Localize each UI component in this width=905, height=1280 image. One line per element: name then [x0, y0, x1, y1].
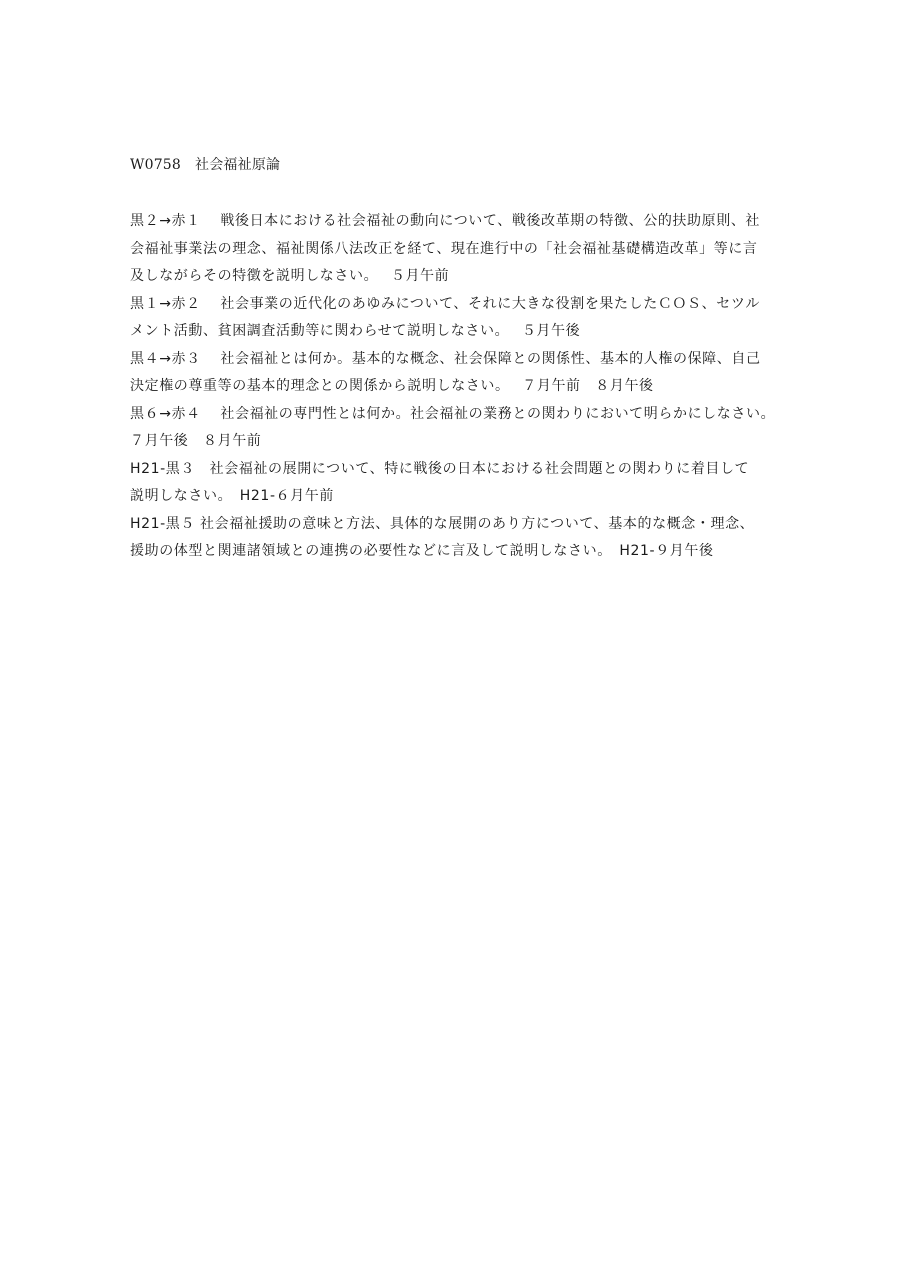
document-title: W0758社会福祉原論 [130, 156, 280, 174]
question-line: 黒２→赤１ 戦後日本における社会福祉の動向について、戦後改革期の特徴、公的扶助原… [130, 208, 790, 236]
question-line: 黒６→赤４ 社会福祉の専門性とは何か。社会福祉の業務との関わりにおいて明らかにし… [130, 401, 790, 429]
course-title: 社会福祉原論 [195, 157, 280, 173]
question-line: 説明しなさい。 H21-６月午前 [130, 483, 790, 511]
question-line: 会福祉事業法の理念、福祉関係八法改正を経て、現在進行中の「社会福祉基礎構造改革」… [130, 236, 790, 264]
document-page: W0758社会福祉原論 黒２→赤１ 戦後日本における社会福祉の動向について、戦後… [0, 0, 905, 1280]
question-line: 黒４→赤３ 社会福祉とは何か。基本的な概念、社会保障との関係性、基本的人権の保障… [130, 346, 790, 374]
question-line: 及しながらその特徴を説明しなさい。 ５月午前 [130, 263, 790, 291]
question-line: H21-黒５ 社会福祉援助の意味と方法、具体的な展開のあり方について、基本的な概… [130, 511, 790, 539]
question-item: 黒１→赤２ 社会事業の近代化のあゆみについて、それに大きな役割を果たしたＣＯＳ、… [130, 291, 790, 346]
question-list: 黒２→赤１ 戦後日本における社会福祉の動向について、戦後改革期の特徴、公的扶助原… [130, 208, 790, 566]
question-line: 黒１→赤２ 社会事業の近代化のあゆみについて、それに大きな役割を果たしたＣＯＳ、… [130, 291, 790, 319]
question-item: 黒４→赤３ 社会福祉とは何か。基本的な概念、社会保障との関係性、基本的人権の保障… [130, 346, 790, 401]
question-item: H21-黒５ 社会福祉援助の意味と方法、具体的な展開のあり方について、基本的な概… [130, 511, 790, 566]
question-line: メント活動、貧困調査活動等に関わらせて説明しなさい。 ５月午後 [130, 318, 790, 346]
question-line: ７月午後 ８月午前 [130, 428, 790, 456]
question-line: H21-黒３ 社会福祉の展開について、特に戦後の日本における社会問題との関わりに… [130, 456, 790, 484]
question-line: 決定権の尊重等の基本的理念との関係から説明しなさい。 ７月午前 ８月午後 [130, 373, 790, 401]
course-code: W0758 [130, 157, 181, 173]
question-item: H21-黒３ 社会福祉の展開について、特に戦後の日本における社会問題との関わりに… [130, 456, 790, 511]
question-item: 黒６→赤４ 社会福祉の専門性とは何か。社会福祉の業務との関わりにおいて明らかにし… [130, 401, 790, 456]
question-line: 援助の体型と関連諸領域との連携の必要性などに言及して説明しなさい。 H21-９月… [130, 538, 790, 566]
question-item: 黒２→赤１ 戦後日本における社会福祉の動向について、戦後改革期の特徴、公的扶助原… [130, 208, 790, 291]
